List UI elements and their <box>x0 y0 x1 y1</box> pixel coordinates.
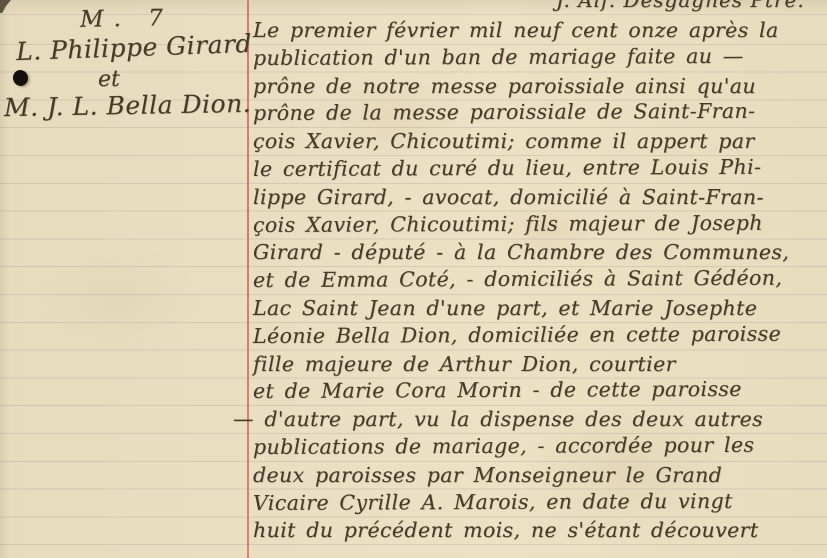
manuscript-line: et de Emma Coté, - domiciliés à Saint Gé… <box>253 265 827 295</box>
manuscript-line: et de Marie Cora Morin - de cette parois… <box>253 376 827 406</box>
scanned-register-page: { "document": { "kind": "handwritten par… <box>0 0 827 558</box>
manuscript-line: lippe Girard, - avocat, domicilié à Sain… <box>253 184 827 212</box>
priest-signature: J. Alf. Desgagnés Ptre. <box>556 0 805 12</box>
margin-groom-name: L. Philippe Girard <box>16 29 253 66</box>
margin-conjunction: et <box>98 67 120 92</box>
manuscript-line: le certificat du curé du lieu, entre Lou… <box>253 153 827 183</box>
manuscript-body: Le premier février mil neuf cent onze ap… <box>253 17 827 545</box>
manuscript-line: çois Xavier, Chicoutimi; comme il appert… <box>253 128 827 156</box>
manuscript-line: publication d'un ban de mariage faite au… <box>253 42 827 72</box>
manuscript-line: fille majeure de Arthur Dion, courtier <box>253 351 827 379</box>
manuscript-line: Léonie Bella Dion, domiciliée en cette p… <box>253 320 827 350</box>
manuscript-line: — d'autre part, vu la dispense des deux … <box>253 406 827 434</box>
manuscript-line: publications de mariage, - accordée pour… <box>253 431 827 461</box>
margin-entry-column: M. 7 L. Philippe Girard et M. J. L. Bell… <box>0 0 245 160</box>
manuscript-line: huit du précédent mois, ne s'étant décou… <box>253 517 827 545</box>
manuscript-line: Vicaire Cyrille A. Marois, en date du vi… <box>253 487 827 517</box>
margin-bride-name: M. J. L. Bella Dion. <box>4 89 252 122</box>
manuscript-line: deux paroisses par Monseigneur le Grand <box>253 462 827 490</box>
manuscript-line: Le premier février mil neuf cent onze ap… <box>253 17 827 45</box>
margin-entry-number: M. 7 <box>80 5 173 33</box>
manuscript-line: Lac Saint Jean d'une part, et Marie Jose… <box>253 295 827 323</box>
manuscript-line: prône de notre messe paroissiale ainsi q… <box>253 73 827 101</box>
manuscript-line: prône de la messe paroissiale de Saint-F… <box>253 98 827 128</box>
manuscript-line: Girard - député - à la Chambre des Commu… <box>253 239 827 267</box>
manuscript-line: çois Xavier, Chicoutimi; fils majeur de … <box>253 209 827 239</box>
red-margin-rule <box>247 0 249 558</box>
